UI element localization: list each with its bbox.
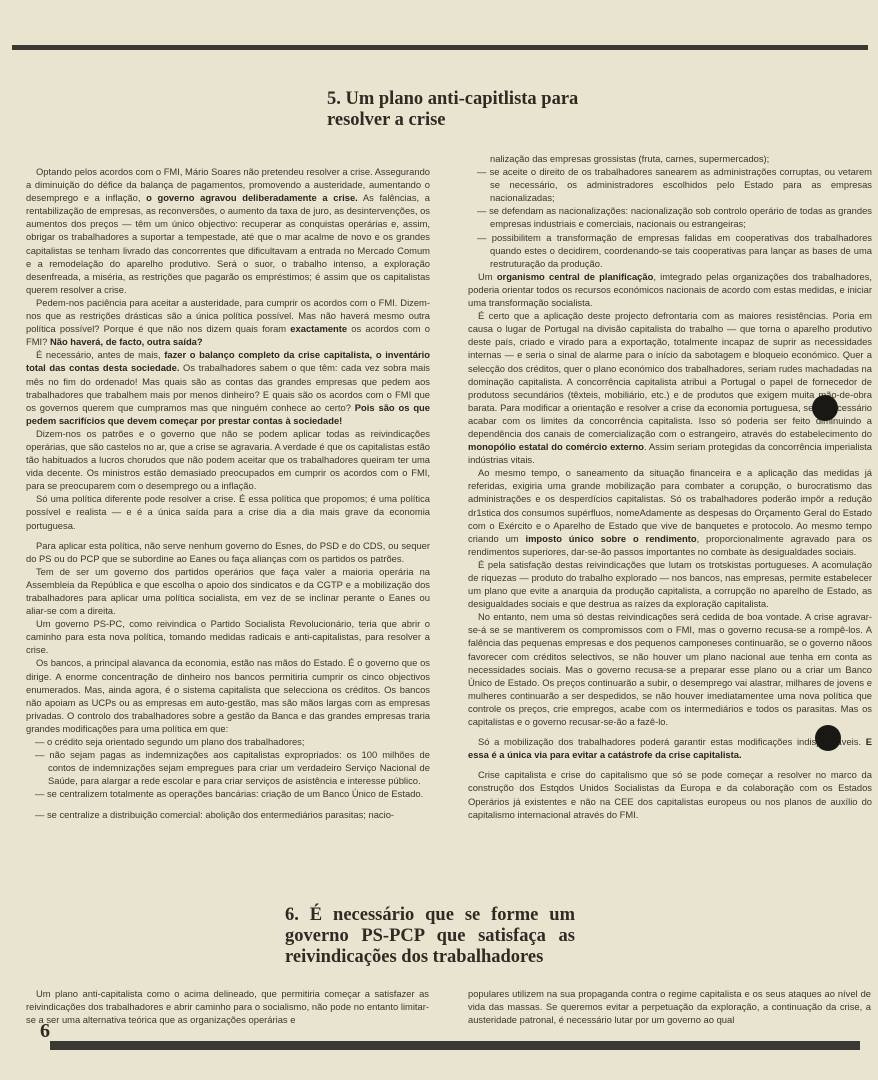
paragraph: Crise capitalista e crise do capitalismo… [468, 768, 872, 820]
emphasis-text: organismo central de planificação [497, 271, 654, 282]
section-6-left-column: Um plano anti-capitalista como o acima d… [26, 987, 429, 1026]
body-text: — se defendam as nacionalizações: nacion… [477, 205, 872, 229]
list-item: — se centralizem totalmente as operações… [26, 787, 430, 800]
paragraph: Um governo PS-PC, como reivindica o Part… [26, 617, 430, 656]
body-text: — o crédito seja orientado segundo um pl… [35, 736, 304, 747]
list-item: — se centralize a distribuição comercial… [26, 808, 430, 821]
paragraph: Um organismo central de planificação, im… [468, 270, 872, 309]
list-item: — se defendam as nacionalizações: nacion… [468, 204, 872, 230]
body-text: Um [478, 271, 497, 282]
paragraph: populares utilizem na sua propaganda con… [468, 987, 871, 1026]
body-text: — se centralize a distribuição comercial… [35, 809, 394, 820]
paragraph: Ao mesmo tempo, o saneamento da situação… [468, 466, 872, 558]
section-5-right-column: nalização das empresas grossistas (fruta… [468, 152, 872, 821]
body-text: Para aplicar esta política, não serve ne… [26, 540, 430, 564]
body-text: Só uma política diferente pode resolver … [26, 493, 430, 530]
section-6-right-column: populares utilizem na sua propaganda con… [468, 987, 871, 1026]
paragraph: Pedem-nos paciência para aceitar a auste… [26, 296, 430, 348]
body-text: É necessário, antes de mais, [36, 349, 164, 360]
paragraph: Os bancos, a principal alavanca da econo… [26, 656, 430, 735]
top-rule [12, 45, 868, 50]
emphasis-text: o governo agravou deliberadamente a cris… [146, 192, 358, 203]
emphasis-text: imposto único sobre o rendimento [525, 533, 696, 544]
paragraph: É certo que a aplicação deste projecto d… [468, 309, 872, 466]
body-text: nalização das empresas grossistas (fruta… [490, 153, 769, 164]
body-text: É pela satisfação destas reivindicações … [468, 559, 872, 609]
ink-blot [815, 725, 841, 751]
section-6-title: 6. É necessário que se forme um governo … [285, 905, 575, 968]
section-5-title-line1: 5. Um plano anti-capitlista para [327, 89, 578, 110]
body-text: É certo que a aplicação deste projecto d… [468, 310, 872, 439]
paragraph: Só uma política diferente pode resolver … [26, 492, 430, 531]
paragraph: Dizem-nos os patrões e o governo que não… [26, 427, 430, 492]
body-text: Os bancos, a principal alavanca da econo… [26, 657, 430, 733]
body-text: Um plano anti-capitalista como o acima d… [26, 988, 429, 1025]
body-text: As falências, a rentabilização de empres… [26, 192, 430, 295]
body-text: — possibilitem a transformação de empres… [477, 232, 872, 269]
body-text: Um governo PS-PC, como reivindica o Part… [26, 618, 430, 655]
paragraph: Para aplicar esta política, não serve ne… [26, 539, 430, 565]
list-item-continuation: nalização das empresas grossistas (fruta… [468, 152, 872, 165]
paragraph: Um plano anti-capitalista como o acima d… [26, 987, 429, 1026]
paragraph: É necessário, antes de mais, fazer o bal… [26, 348, 430, 427]
list-item: — se aceite o direito de os trabalhadore… [468, 165, 872, 204]
list-item: — o crédito seja orientado segundo um pl… [26, 735, 430, 748]
emphasis-text: Não haverá, de facto, outra saída? [50, 336, 203, 347]
body-text: Só a mobilização dos trabalhadores poder… [478, 736, 866, 747]
paragraph: Tem de ser um governo dos partidos operá… [26, 565, 430, 617]
paragraph: É pela satisfação destas reivindicações … [468, 558, 872, 610]
body-text: — se aceite o direito de os trabalhadore… [477, 166, 872, 203]
body-text: Tem de ser um governo dos partidos operá… [26, 566, 430, 616]
list-item: — possibilitem a transformação de empres… [468, 231, 872, 270]
paragraph: No entanto, nem uma só destas reivindica… [468, 610, 872, 728]
ink-blot [812, 395, 838, 421]
body-text: — se centralizem totalmente as operações… [35, 788, 423, 799]
paragraph: Só a mobilização dos trabalhadores poder… [468, 735, 872, 761]
section-5-title-line2: resolver a crise [327, 110, 578, 131]
bottom-rule [50, 1041, 860, 1050]
body-text: Dizem-nos os patrões e o governo que não… [26, 428, 430, 491]
body-text: Crise capitalista e crise do capitalismo… [468, 769, 872, 819]
page-number: 6 [40, 1020, 50, 1043]
list-item: — não sejam pagas as indemnizações aos c… [26, 748, 430, 787]
section-5-left-column: Optando pelos acordos com o FMI, Mário S… [26, 165, 430, 821]
emphasis-text: monopólio estatal do comércio externo [468, 441, 644, 452]
body-text: populares utilizem na sua propaganda con… [468, 988, 871, 1025]
body-text: — não sejam pagas as indemnizações aos c… [35, 749, 430, 786]
emphasis-text: exactamente [290, 323, 347, 334]
body-text: No entanto, nem uma só destas reivindica… [468, 611, 872, 727]
section-5-title: 5. Um plano anti-capitlista para resolve… [327, 89, 578, 131]
paragraph: Optando pelos acordos com o FMI, Mário S… [26, 165, 430, 296]
